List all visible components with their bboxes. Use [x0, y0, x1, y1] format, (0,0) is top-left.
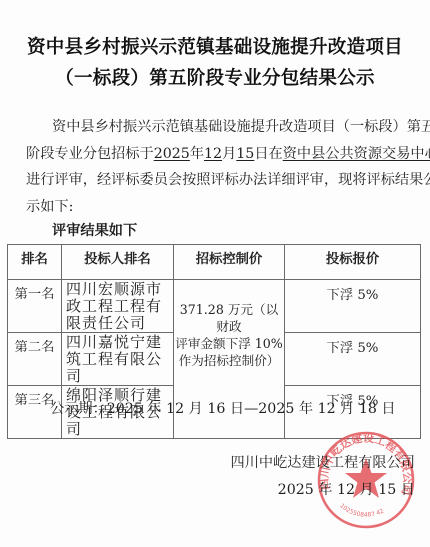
issuer-name: 四川中屹达建设工程有限公司 — [231, 452, 415, 472]
bid-cell: 下浮 5% — [285, 280, 421, 333]
header-bid: 投标报价 — [285, 245, 421, 280]
bidder-cell: 四川嘉悦宁建筑工程有限公司 — [62, 333, 174, 386]
bid-cell: 下浮 5% — [285, 333, 421, 386]
rank-cell: 第二名 — [8, 333, 62, 386]
review-month: 12 — [204, 146, 222, 162]
year-suffix: 年 — [190, 146, 204, 162]
review-venue: 资中县公共资源交易中心 — [283, 146, 430, 162]
control-price-line2: 评审金额下浮 10% — [174, 335, 284, 352]
results-subheading: 评审结果如下 — [52, 220, 137, 240]
document-title-line2: （一标段）第五阶段专业分包结果公示 — [0, 64, 430, 90]
intro-paragraph: 资中县乡村振兴示范镇基础设施提升改造项目（一标段）第五 阶段专业分包招标于202… — [26, 114, 420, 220]
intro-line4: 示如下: — [26, 194, 420, 221]
header-rank: 排名 — [8, 245, 62, 280]
issue-date: 2025 年 12 月 15 日 — [278, 479, 415, 499]
month-suffix: 月 — [222, 146, 236, 162]
intro-prefix: 阶段专业分包招标于 — [26, 146, 154, 162]
table-row: 第一名 四川宏顺源市政工程工程有限责任公司 371.28 万元（以财政 评审金额… — [8, 280, 421, 333]
rank-cell: 第一名 — [8, 280, 62, 333]
svg-text:1025508487 42: 1025508487 42 — [338, 502, 385, 518]
publicity-period: 公示期：2025 年 12 月 16 日—2025 年 12 月 18 日 — [50, 398, 396, 418]
review-day: 15 — [236, 146, 254, 162]
control-price-line3: 作为招标控制价） — [174, 352, 284, 369]
intro-line1: 资中县乡村振兴示范镇基础设施提升改造项目（一标段）第五 — [26, 114, 420, 141]
intro-line3: 进行评审，经评标委员会按照评标办法详细评审，现将评标结果公 — [26, 167, 420, 194]
day-suffix: 日在 — [254, 146, 282, 162]
header-control-price: 招标控制价 — [174, 245, 285, 280]
review-year: 2025 — [154, 146, 190, 162]
control-price-line1: 371.28 万元（以财政 — [174, 301, 284, 335]
intro-line2: 阶段专业分包招标于2025年12月15日在资中县公共资源交易中心 — [26, 141, 420, 168]
document-title-line1: 资中县乡村振兴示范镇基础设施提升改造项目 — [0, 33, 430, 59]
bidder-cell: 四川宏顺源市政工程工程有限责任公司 — [62, 280, 174, 333]
table-header-row: 排名 投标人排名 招标控制价 投标报价 — [8, 245, 421, 280]
header-bidder: 投标人排名 — [62, 245, 174, 280]
